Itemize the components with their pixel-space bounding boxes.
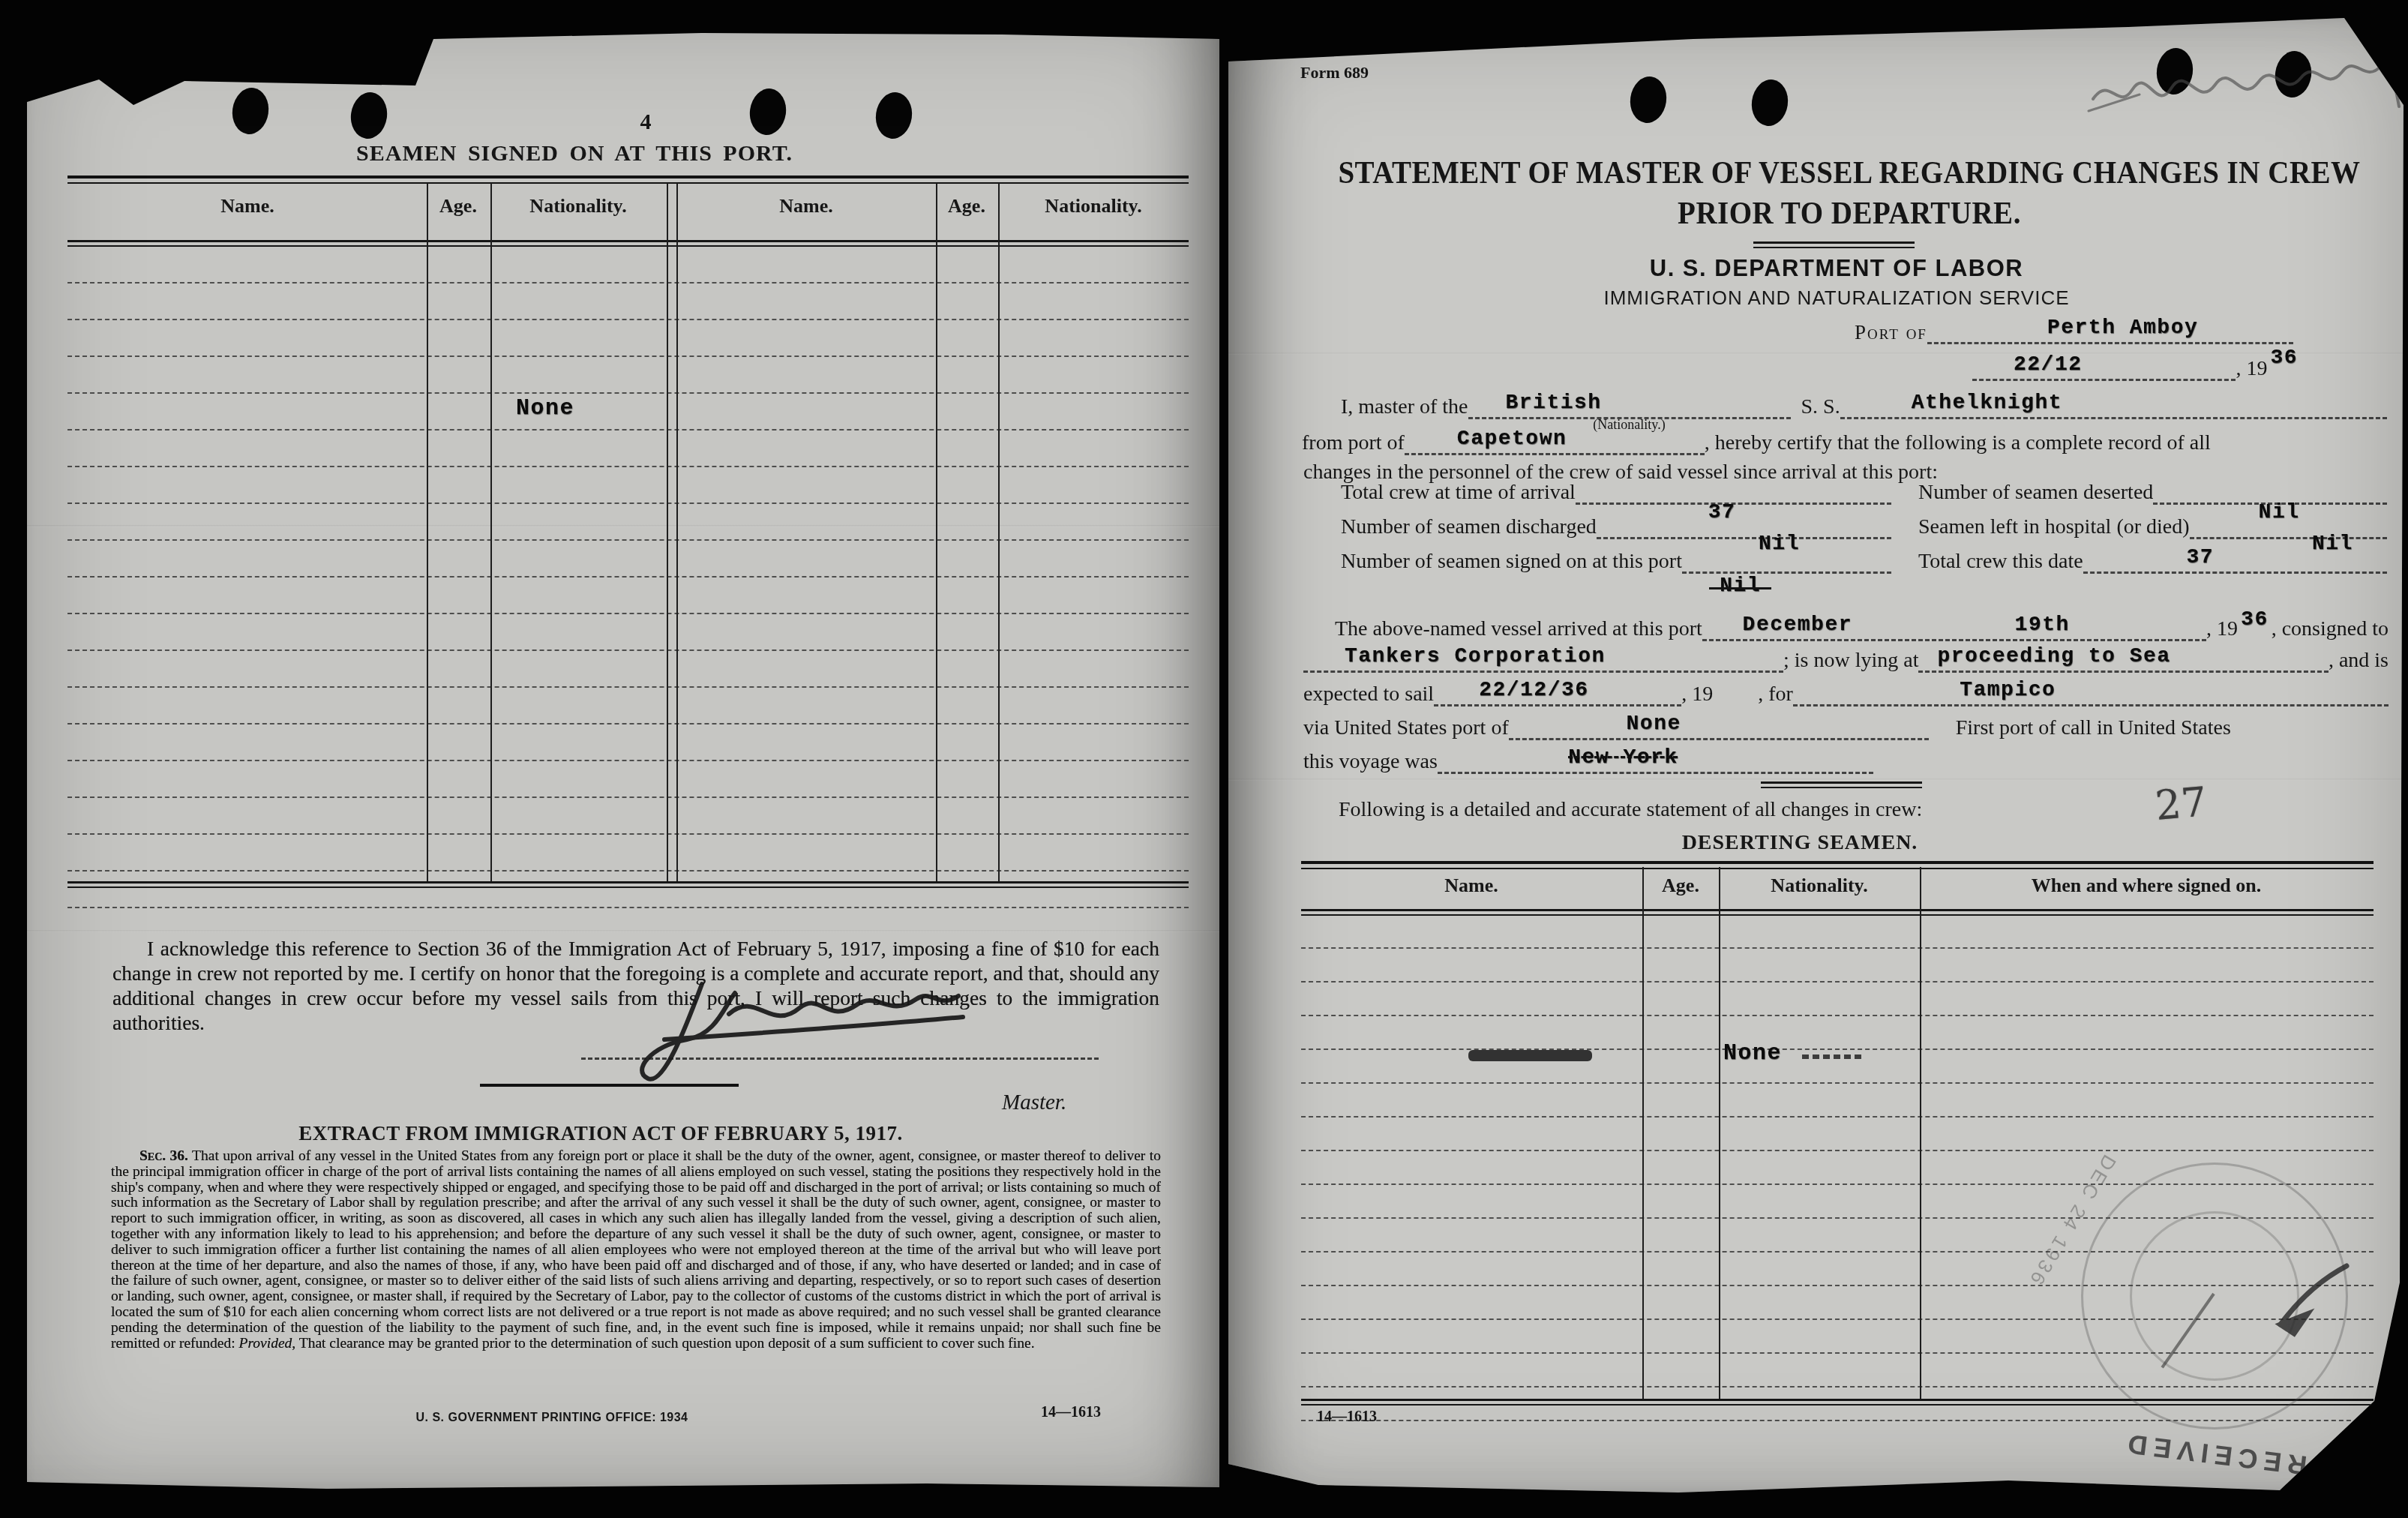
table-rule (67, 881, 1189, 888)
stat-blank: Nil (2190, 510, 2387, 539)
port-value: Perth Amboy (2047, 316, 2198, 340)
struck-out-entry (1468, 1050, 1592, 1061)
extract-provided: Provided, (239, 1336, 296, 1351)
port-label: Port of (1855, 321, 1927, 344)
arrival-date-blank: December 19th (1702, 612, 2206, 641)
stat-blank: Nil (1682, 544, 1891, 574)
department-title: U. S. DEPARTMENT OF LABOR (1300, 255, 2373, 282)
scanned-document: 4 SEAMEN SIGNED ON AT THIS PORT. Name. A… (0, 0, 2408, 1518)
table-row (1301, 915, 2374, 949)
table-row (1301, 1084, 2374, 1117)
form-number: 14—1613 (1317, 1408, 1377, 1426)
table-row (1301, 982, 2374, 1016)
stat-deserted: Number of seamen deserted Nil (1918, 475, 2387, 505)
arrival-year-typed: 36 (2241, 608, 2269, 632)
table-row (67, 320, 1189, 357)
year-printed: , 19 (2236, 357, 2267, 381)
pencil-scribble (2087, 22, 2402, 131)
arrival-line-2: Tankers Corporation ; is now lying at pr… (1303, 643, 2389, 673)
extract-body-text: That upon arrival of any vessel in the U… (111, 1148, 1161, 1351)
from-port-lead: from port of (1302, 431, 1405, 455)
column-header: Nationality. (529, 195, 626, 217)
vessel-name: Athelknight (1912, 391, 2062, 415)
table-rule (67, 175, 1189, 184)
page-right: Form 689 STATEMENT OF MASTER OF VESSEL R… (1228, 16, 2408, 1492)
form-number: 14—1613 (1041, 1404, 1101, 1421)
stat-blank: Nil (2153, 475, 2387, 505)
lying-blank: proceeding to Sea (1918, 643, 2328, 673)
signature-underline (480, 1084, 739, 1087)
arrival-day: 19th (2015, 613, 2070, 637)
stat-signed-on: Number of seamen signed on at this port … (1341, 544, 1918, 574)
column-divider (1920, 867, 1921, 1399)
extract-section-lead: Sec. 36. (139, 1148, 188, 1164)
table-rule (67, 240, 1189, 247)
vessel-blank: Athelknight (1840, 390, 2387, 419)
table-row (1301, 1016, 2374, 1050)
stat-total-crew: Total crew this date 37 (1918, 544, 2387, 574)
stat-blank: 37 (1576, 475, 1891, 505)
first-port-label: First port of call in United States (1956, 716, 2231, 740)
master-field: I, master of the British (Nationality.) … (1341, 390, 2387, 419)
received-text: RECEIVED (2090, 1423, 2340, 1485)
first-port-value: New York (1568, 746, 1678, 770)
typed-entry-none: None (516, 396, 574, 421)
lying-label: ; is now lying at (1783, 649, 1918, 673)
date-field: 22/12 , 19 36 (1972, 352, 2295, 381)
port-blank: Perth Amboy (1927, 315, 2293, 344)
column-divider (490, 183, 492, 881)
column-divider (667, 183, 668, 881)
column-header: Age. (439, 195, 477, 217)
column-divider (427, 183, 428, 881)
table-row (67, 761, 1189, 798)
crew-stats-row: Total crew at time of arrival 37 Number … (1341, 475, 2387, 505)
table-row (67, 798, 1189, 835)
for-label: , for (1758, 682, 1793, 706)
table-row (67, 835, 1189, 871)
table-body (67, 247, 1189, 908)
column-header: When and where signed on. (2032, 874, 2262, 897)
from-port-value: Capetown (1457, 427, 1567, 451)
arrival-line-1: The above-named vessel arrived at this p… (1303, 612, 2389, 641)
pencil-number: 27 (2153, 778, 2209, 829)
nationality-blank: British (Nationality.) (1468, 390, 1791, 419)
table-row (1301, 1117, 2374, 1151)
page-heading: SEAMEN SIGNED ON AT THIS PORT. (27, 141, 1122, 166)
ss-label: S. S. (1801, 395, 1840, 419)
fold-crease (1228, 778, 2408, 781)
table-row (67, 577, 1189, 614)
stat-label: Number of seamen deserted (1918, 481, 2153, 505)
table-row (67, 247, 1189, 283)
consignee-value: Tankers Corporation (1345, 645, 1606, 669)
column-header: Age. (948, 195, 985, 217)
sail-year-printed: , 19 (1681, 682, 1713, 706)
extract-body: Sec. 36. That upon arrival of any vessel… (111, 1149, 1161, 1351)
column-header: Nationality. (1771, 874, 1867, 897)
table-row (67, 651, 1189, 688)
stat-hospital: Seamen left in hospital (or died) Nil (1918, 510, 2387, 539)
sail-date-blank: 22/12/36 (1434, 677, 1681, 706)
stat-blank: Nil (1597, 510, 1891, 539)
master-label: Master. (1002, 1090, 1066, 1115)
from-port-field: from port of Capetown , hereby certify t… (1302, 426, 2387, 455)
stat-label: Number of seamen discharged (1341, 515, 1597, 539)
column-header: Name. (1444, 874, 1498, 897)
document-title-line2: PRIOR TO DEPARTURE. (1300, 196, 2398, 232)
column-divider (676, 183, 678, 881)
via-label: via United States port of (1303, 716, 1509, 740)
via-value: None (1627, 712, 1681, 736)
table-row (67, 724, 1189, 761)
date-value: 22/12 (2014, 353, 2083, 377)
table-row (67, 541, 1189, 577)
table-row (67, 688, 1189, 724)
arrival-month: December (1743, 613, 1852, 637)
seamen-signed-on-table: Name. Age. Nationality. Name. Age. Natio… (67, 175, 1189, 894)
table-row (67, 467, 1189, 504)
deserting-heading: DESERTING SEAMEN. (1275, 831, 2325, 855)
crew-stats-row: Number of seamen discharged Nil Seamen l… (1341, 510, 2387, 539)
table-row (67, 504, 1189, 541)
stat-blank: 37 (2083, 544, 2387, 574)
arrival-year-printed: , 19 (2206, 617, 2238, 641)
port-field: Port of Perth Amboy (1855, 315, 2293, 344)
following-statement: Following is a detailed and accurate sta… (1339, 798, 1922, 822)
column-divider (936, 183, 937, 881)
year-typed: 36 (2270, 346, 2298, 370)
destination-blank: Tampico (1793, 677, 2389, 706)
nationality-value: British (1506, 391, 1602, 415)
column-header: Nationality. (1045, 195, 1141, 217)
table-row (67, 614, 1189, 651)
consignee-blank: Tankers Corporation (1303, 643, 1783, 673)
form-label: Form 689 (1300, 63, 1369, 82)
table-rule (1301, 861, 2374, 869)
title-divider (1753, 241, 1915, 248)
stat-value: Nil (1720, 574, 1761, 598)
column-header: Age. (1662, 874, 1699, 897)
column-header: Name. (220, 195, 274, 217)
table-row (67, 394, 1189, 430)
pencil-checkmark (2275, 1255, 2357, 1345)
table-row (67, 430, 1189, 467)
voyage-label: this voyage was (1303, 750, 1438, 774)
and-is-label: , and is (2329, 649, 2389, 673)
punch-hole (1749, 77, 1791, 128)
service-title: IMMIGRATION AND NATURALIZATION SERVICE (1300, 286, 2373, 310)
struck-out-dashes (1802, 1054, 1862, 1059)
typed-entry-none: None (1723, 1041, 1782, 1066)
gpo-imprint: U. S. GOVERNMENT PRINTING OFFICE: 1934 (327, 1411, 777, 1425)
column-divider (998, 183, 1000, 881)
extract-heading: EXTRACT FROM IMMIGRATION ACT OF FEBRUARY… (27, 1122, 1174, 1145)
from-port-blank: Capetown (1405, 426, 1705, 455)
page-number: 4 (252, 109, 1039, 135)
arrival-line-5: this voyage was New York (1303, 745, 1873, 774)
document-title-line1: STATEMENT OF MASTER OF VESSEL REGARDING … (1300, 155, 2398, 191)
stat-label: Total crew this date (1918, 550, 2083, 574)
extract-body-text-2: That clearance may be granted prior to t… (295, 1336, 1034, 1351)
lying-value: proceeding to Sea (1937, 645, 2170, 669)
destination-value: Tampico (1960, 679, 2056, 703)
column-divider (1719, 867, 1720, 1399)
certify-text: , hereby certify that the following is a… (1705, 431, 2211, 455)
stat-arrival: Total crew at time of arrival 37 (1341, 475, 1918, 505)
section-divider (1761, 781, 1922, 788)
table-row (67, 283, 1189, 320)
arrival-line-4: via United States port of None First por… (1303, 711, 2389, 740)
crew-stats-row: Number of seamen signed on at this port … (1341, 544, 2387, 574)
table-row (67, 871, 1189, 908)
consigned-label: , consigned to (2272, 617, 2389, 641)
master-signature (477, 967, 1017, 1095)
table-row (1301, 949, 2374, 982)
stat-label: Total crew at time of arrival (1341, 481, 1576, 505)
punch-hole (1627, 74, 1669, 125)
column-header: Name. (779, 195, 832, 217)
fold-crease (27, 930, 1219, 932)
sail-label: expected to sail (1303, 682, 1434, 706)
stat-value: 37 (2186, 546, 2214, 570)
table-row (67, 357, 1189, 394)
first-port-blank: New York (1438, 745, 1873, 774)
stat-label: Number of seamen signed on at this port (1341, 550, 1682, 574)
column-divider (1642, 867, 1644, 1399)
stat-discharged: Number of seamen discharged Nil (1341, 510, 1918, 539)
arrival-line-3: expected to sail 22/12/36 , 19 , for Tam… (1303, 677, 2389, 706)
stat-label: Seamen left in hospital (or died) (1918, 515, 2190, 539)
master-lead: I, master of the (1341, 395, 1468, 419)
date-blank: 22/12 (1972, 352, 2236, 381)
signature-line (581, 1057, 1099, 1060)
via-blank: None (1509, 711, 1929, 740)
arrival-lead: The above-named vessel arrived at this p… (1303, 617, 1702, 641)
sail-date-value: 22/12/36 (1479, 679, 1588, 703)
page-left: 4 SEAMEN SIGNED ON AT THIS PORT. Name. A… (27, 6, 1219, 1489)
